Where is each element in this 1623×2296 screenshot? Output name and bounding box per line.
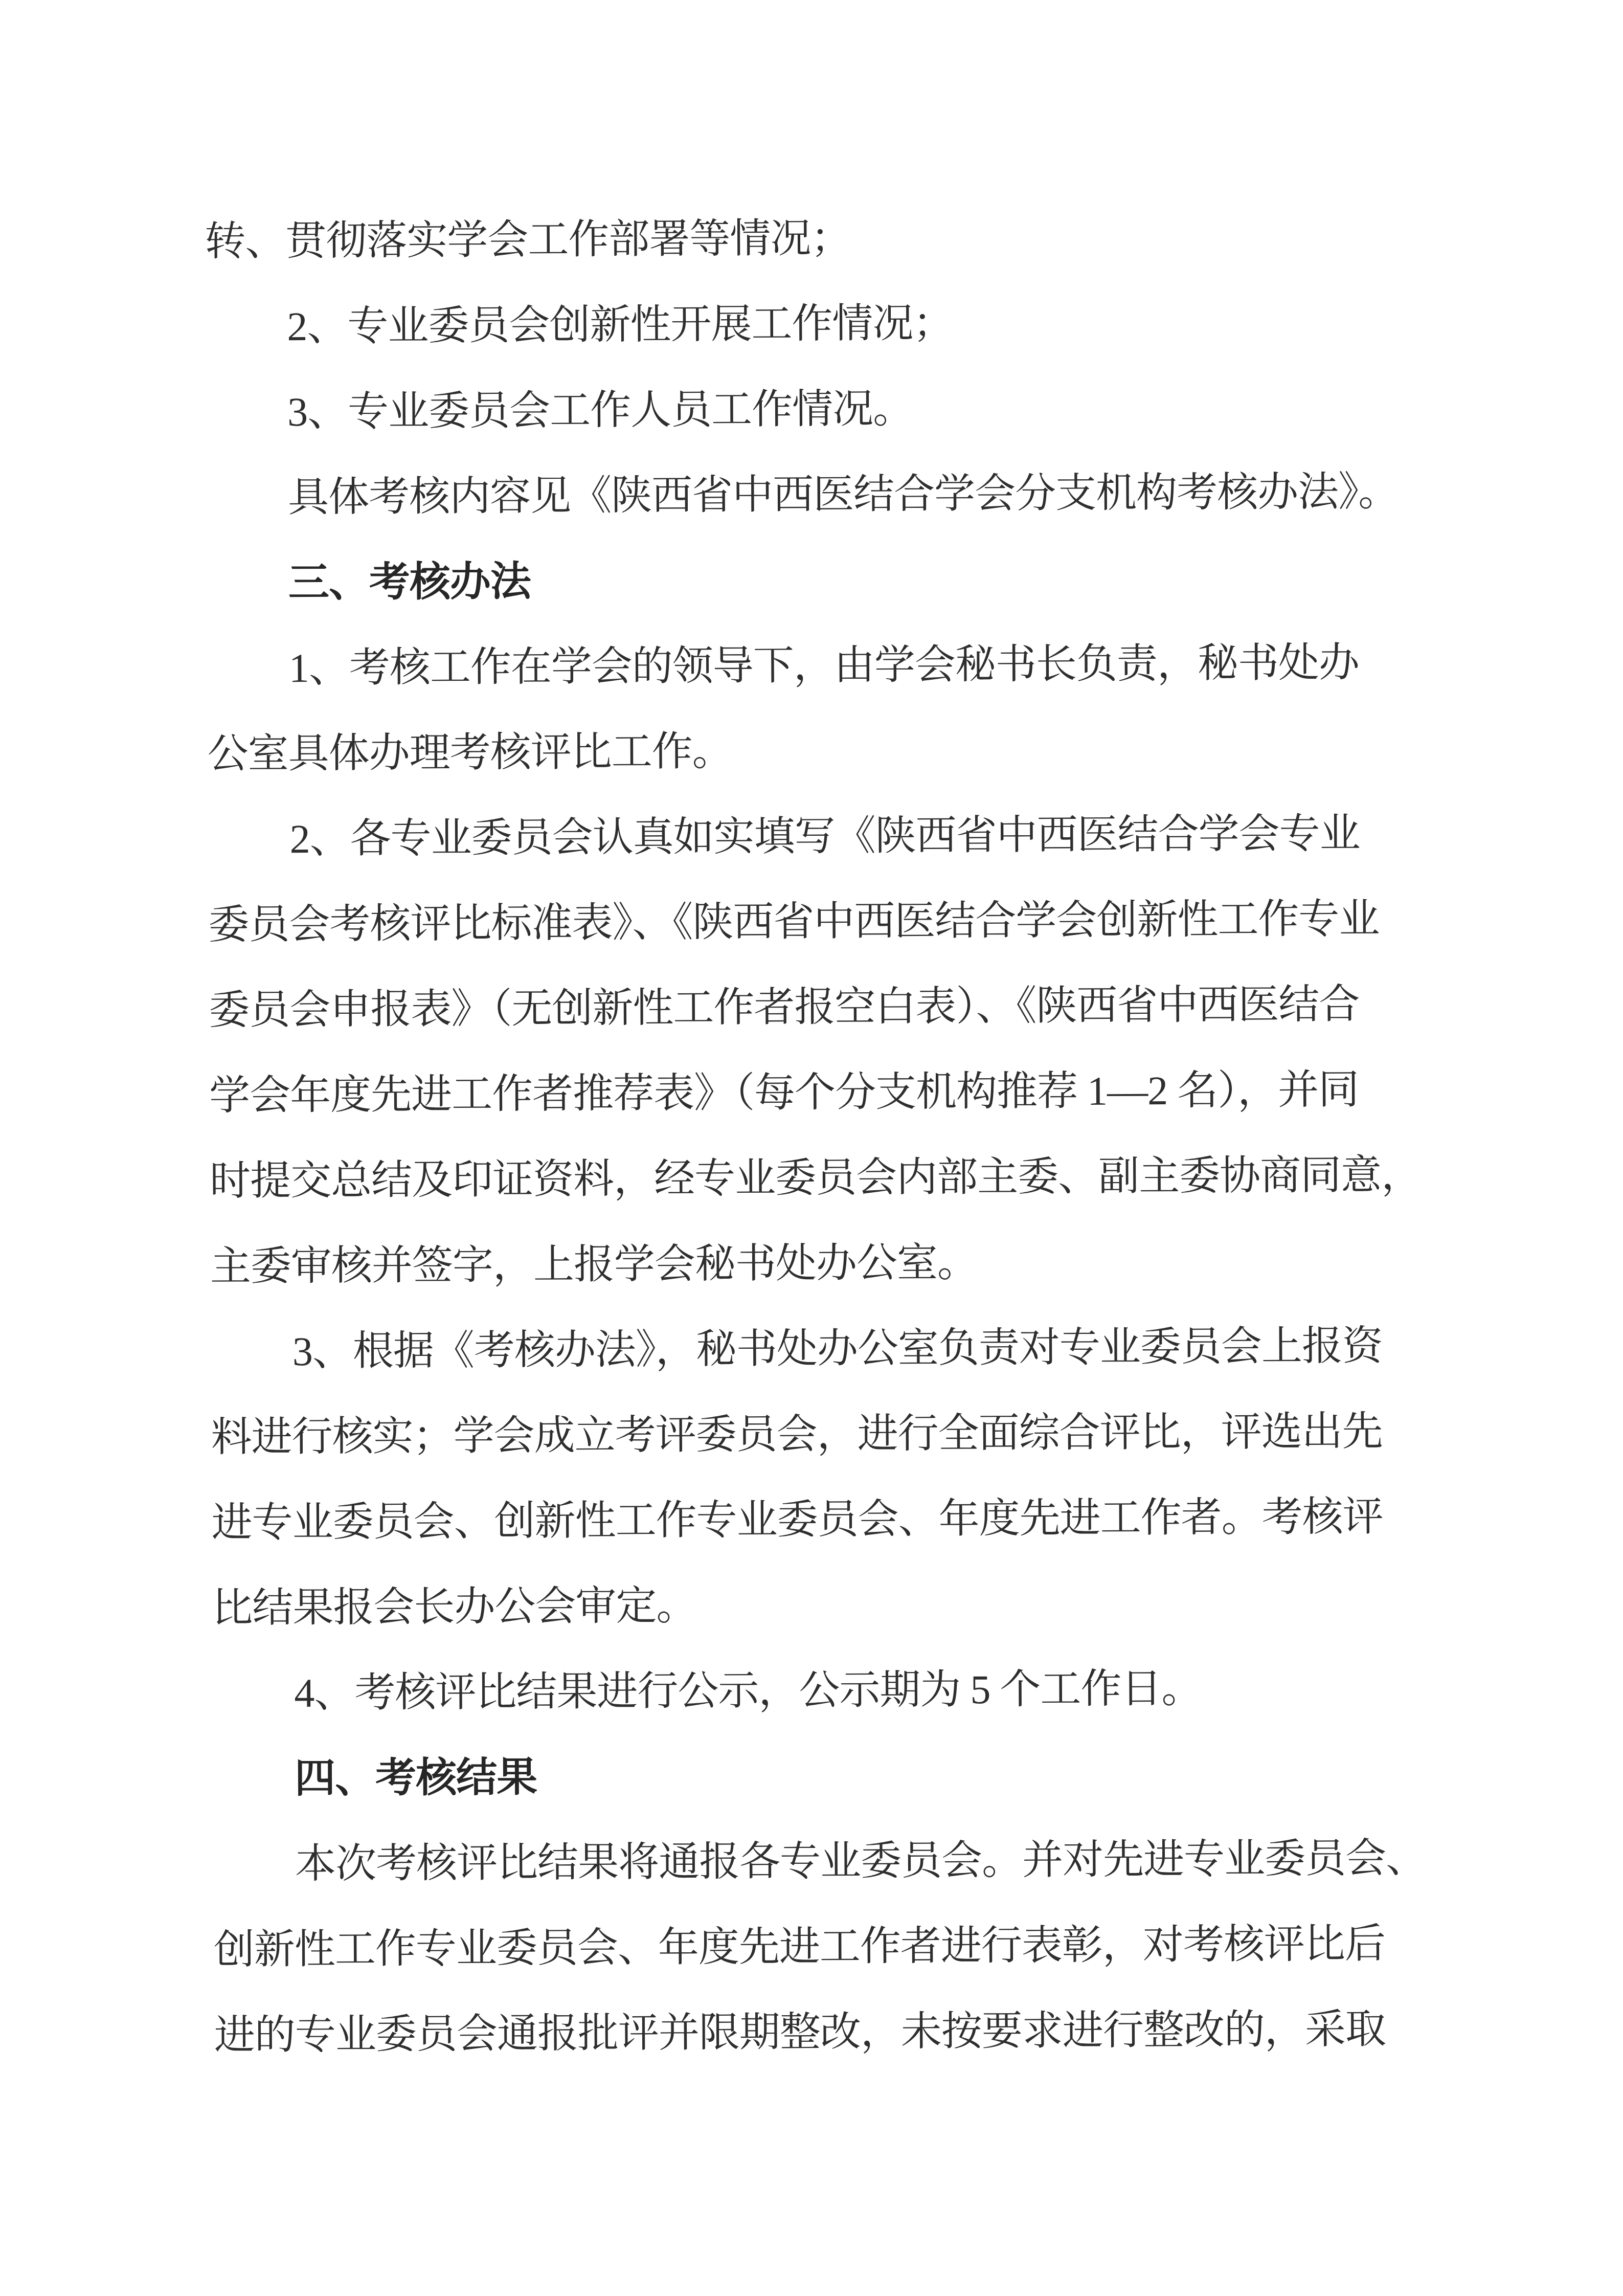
text-line: 委员会考核评比标准表》、《陕西省中西医结合学会创新性工作专业: [208, 876, 1436, 968]
section-heading: 三、考核办法: [206, 534, 1434, 627]
text-line: 主委审核并签字，上报学会秘书处办公室。: [210, 1218, 1437, 1310]
text-line: 创新性工作专业委员会、年度先进工作者进行表彰，对考核评比后: [213, 1901, 1441, 1993]
document-text: 转、贯彻落实学会工作部署等情况； 2、专业委员会创新性开展工作情况； 3、专业委…: [205, 193, 1441, 2079]
text-line: 时提交总结及印证资料，经专业委员会内部主委、副主委协商同意，: [210, 1132, 1437, 1224]
text-line: 比结果报会长办公会审定。: [212, 1559, 1439, 1652]
text-line: 2、专业委员会创新性开展工作情况；: [205, 278, 1433, 370]
text-line: 进专业委员会、创新性工作专业委员会、年度先进工作者。考核评: [211, 1474, 1439, 1566]
text-line: 公室具体办理考核评比工作。: [207, 705, 1435, 797]
text-line: 委员会申报表》（无创新性工作者报空白表）、《陕西省中西医结合: [209, 962, 1436, 1054]
text-line: 学会年度先进工作者推荐表》（每个分支机构推荐 1—2 名），并同: [209, 1047, 1437, 1139]
text-line: 4、考核评比结果进行公示，公示期为 5 个工作日。: [212, 1645, 1440, 1737]
section-heading: 四、考核结果: [213, 1730, 1440, 1822]
text-line: 转、贯彻落实学会工作部署等情况；: [205, 193, 1432, 285]
text-line: 料进行核实；学会成立考评委员会，进行全面综合评比，评选出先: [211, 1389, 1438, 1481]
text-line: 3、根据《考核办法》，秘书处办公室负责对专业委员会上报资: [210, 1303, 1438, 1395]
text-line: 2、各专业委员会认真如实填写《陕西省中西医结合学会专业: [208, 791, 1435, 883]
text-line: 1、考核工作在学会的领导下，由学会秘书长负责，秘书处办: [207, 620, 1434, 712]
text-line: 3、专业委员会工作人员工作情况。: [206, 364, 1433, 456]
text-line: 进的专业委员会通报批评并限期整改，未按要求进行整改的，采取: [214, 1987, 1441, 2079]
text-line: 具体考核内容见《陕西省中西医结合学会分支机构考核办法》。: [206, 449, 1434, 541]
document-page: 转、贯彻落实学会工作部署等情况； 2、专业委员会创新性开展工作情况； 3、专业委…: [0, 0, 1623, 2296]
text-line: 本次考核评比结果将通报各专业委员会。并对先进专业委员会、: [213, 1816, 1441, 1908]
